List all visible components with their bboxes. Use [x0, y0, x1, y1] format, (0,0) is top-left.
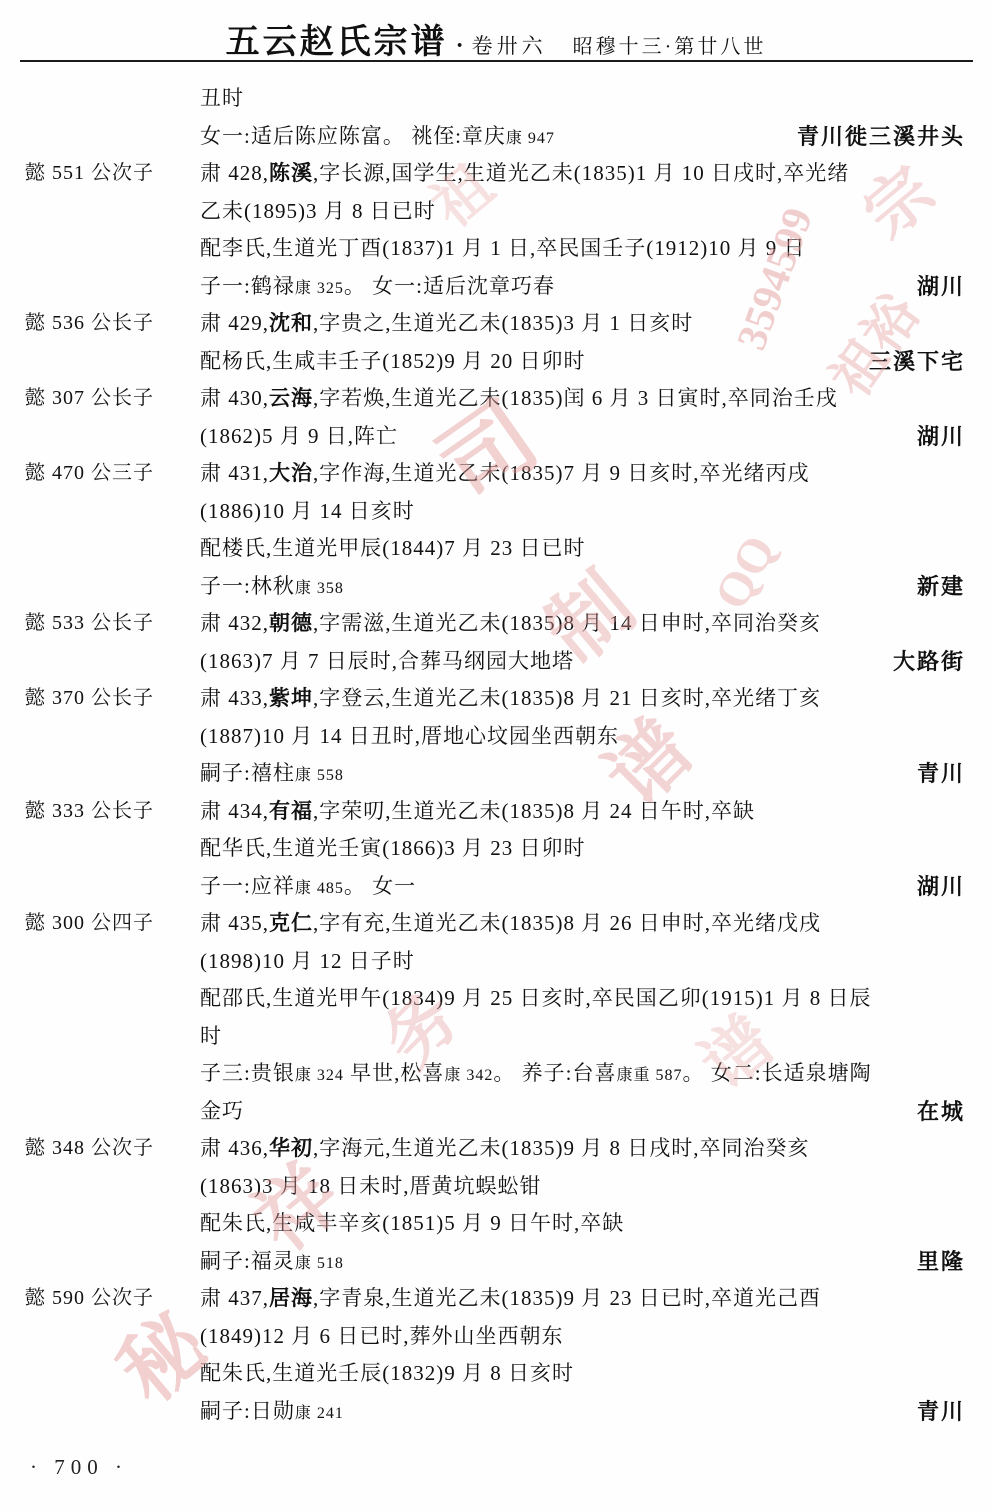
genealogy-row: 子一:应祥康 485。 女一 湖川 [0, 868, 992, 906]
row-main: 肃 428,陈溪,字长源,国学生,生道光乙未(1835)1 月 10 日戌时,卒… [200, 155, 849, 193]
row-label: 懿 348 公次子 [25, 1130, 154, 1168]
row-main: 子一:鹤禄康 325。 女一:适后沈章巧春 [200, 268, 555, 308]
row-right-place: 新建 [917, 568, 965, 606]
genealogy-row: 配邵氏,生道光甲午(1834)9 月 25 日亥时,卒民国乙卯(1915)1 月… [0, 980, 992, 1018]
genealogy-row: 懿 533 公长子 肃 432,朝德,字需滋,生道光乙未(1835)8 月 14… [0, 605, 992, 643]
row-main: 子一:林秋康 358 [200, 568, 344, 608]
row-right-place: 大路街 [893, 643, 965, 681]
genealogy-row: 子三:贵银康 324 早世,松喜康 342。 养子:台喜康重 587。 女二:长… [0, 1055, 992, 1093]
genealogy-row: (1863)7 月 7 日辰时,合葬马纲园大地塔 大路街 [0, 643, 992, 681]
row-label: 懿 536 公长子 [25, 305, 154, 343]
row-main: 配楼氏,生道光甲辰(1844)7 月 23 日已时 [200, 530, 586, 568]
genealogy-row: 懿 333 公长子 肃 434,有福,字荣叨,生道光乙未(1835)8 月 24… [0, 793, 992, 831]
row-main: 配朱氏,生咸丰辛亥(1851)5 月 9 日午时,卒缺 [200, 1205, 624, 1243]
genealogy-row: 配朱氏,生道光壬辰(1832)9 月 8 日亥时 [0, 1355, 992, 1393]
row-main: (1886)10 月 14 日亥时 [200, 493, 415, 531]
row-main: 肃 433,紫坤,字登云,生道光乙未(1835)8 月 21 日亥时,卒光绪丁亥 [200, 680, 821, 718]
row-main: 配李氏,生道光丁酉(1837)1 月 1 日,卒民国壬子(1912)10 月 9… [200, 230, 805, 268]
genealogy-row: 时 [0, 1018, 992, 1056]
row-main: 子一:应祥康 485。 女一 [200, 868, 416, 908]
genealogy-row: 嗣子:福灵康 518 里隆 [0, 1243, 992, 1281]
page-header: 五云赵氏宗谱·卷卅六昭穆十三·第廿八世 [0, 14, 992, 63]
row-label: 懿 333 公长子 [25, 793, 154, 831]
row-main: 肃 434,有福,字荣叨,生道光乙未(1835)8 月 24 日午时,卒缺 [200, 793, 755, 831]
genealogy-row: 懿 370 公长子 肃 433,紫坤,字登云,生道光乙未(1835)8 月 21… [0, 680, 992, 718]
row-main: (1898)10 月 12 日子时 [200, 943, 415, 981]
genealogy-row: 子一:鹤禄康 325。 女一:适后沈章巧春 湖川 [0, 268, 992, 306]
row-right-place: 里隆 [917, 1243, 965, 1281]
genealogy-row: 女一:适后陈应陈富。 祧侄:章庆康 947 青川徙三溪井头 [0, 118, 992, 156]
genealogy-row: 嗣子:禧柱康 558 青川 [0, 755, 992, 793]
row-main: (1887)10 月 14 日丑时,厝地心坟园坐西朝东 [200, 718, 619, 756]
page-number: · 700 · [30, 1455, 128, 1480]
row-label: 懿 300 公四子 [25, 905, 154, 943]
genealogy-row: 懿 470 公三子 肃 431,大治,字作海,生道光乙未(1835)7 月 9 … [0, 455, 992, 493]
row-main: 肃 431,大治,字作海,生道光乙未(1835)7 月 9 日亥时,卒光绪丙戌 [200, 455, 810, 493]
genealogy-row: (1849)12 月 6 日已时,葬外山坐西朝东 [0, 1318, 992, 1356]
row-main: 子三:贵银康 324 早世,松喜康 342。 养子:台喜康重 587。 女二:长… [200, 1055, 872, 1095]
genealogy-row: 配朱氏,生咸丰辛亥(1851)5 月 9 日午时,卒缺 [0, 1205, 992, 1243]
genealogy-row: 嗣子:日勋康 241 青川 [0, 1393, 992, 1431]
row-main: 肃 429,沈和,字贵之,生道光乙未(1835)3 月 1 日亥时 [200, 305, 693, 343]
row-label: 懿 590 公次子 [25, 1280, 154, 1318]
row-right-place: 湖川 [917, 868, 965, 906]
genealogy-row: 懿 590 公次子 肃 437,居海,字青泉,生道光乙未(1835)9 月 23… [0, 1280, 992, 1318]
genealogy-row: 金巧 在城 [0, 1093, 992, 1131]
genealogy-row: 配楼氏,生道光甲辰(1844)7 月 23 日已时 [0, 530, 992, 568]
row-main: 配华氏,生道光壬寅(1866)3 月 23 日卯时 [200, 830, 586, 868]
genealogy-row: 懿 348 公次子 肃 436,华初,字海元,生道光乙未(1835)9 月 8 … [0, 1130, 992, 1168]
genealogy-row: (1898)10 月 12 日子时 [0, 943, 992, 981]
book-title: 五云赵氏宗谱 [226, 24, 448, 61]
row-right-place: 三溪下宅 [869, 343, 965, 381]
row-main: (1849)12 月 6 日已时,葬外山坐西朝东 [200, 1318, 564, 1356]
genealogy-rows: 丑时 女一:适后陈应陈富。 祧侄:章庆康 947 青川徙三溪井头 懿 551 公… [0, 80, 992, 1430]
row-main: 肃 430,云海,字若焕,生道光乙未(1835)闰 6 月 3 日寅时,卒同治壬… [200, 380, 838, 418]
row-main: (1863)7 月 7 日辰时,合葬马纲园大地塔 [200, 643, 574, 681]
row-right-place: 青川徙三溪井头 [797, 118, 965, 156]
genealogy-row: 懿 300 公四子 肃 435,克仁,字有充,生道光乙未(1835)8 月 26… [0, 905, 992, 943]
row-main: 配杨氏,生咸丰壬子(1852)9 月 20 日卯时 [200, 343, 586, 381]
genealogy-page: 五云赵氏宗谱·卷卅六昭穆十三·第廿八世 祖司制谱QQ3594599宗祖裕务谱祥秘… [0, 0, 992, 1512]
row-right-place: 青川 [917, 755, 965, 793]
row-main: 配朱氏,生道光壬辰(1832)9 月 8 日亥时 [200, 1355, 574, 1393]
genealogy-row: 懿 551 公次子 肃 428,陈溪,字长源,国学生,生道光乙未(1835)1 … [0, 155, 992, 193]
row-label: 懿 307 公长子 [25, 380, 154, 418]
genealogy-row: 配华氏,生道光壬寅(1866)3 月 23 日卯时 [0, 830, 992, 868]
genealogy-row: 懿 307 公长子 肃 430,云海,字若焕,生道光乙未(1835)闰 6 月 … [0, 380, 992, 418]
volume-label: 卷卅六 [472, 34, 547, 58]
row-label: 懿 470 公三子 [25, 455, 154, 493]
genealogy-row: 乙未(1895)3 月 8 日已时 [0, 193, 992, 231]
genealogy-row: 丑时 [0, 80, 992, 118]
header-rule-line [20, 60, 973, 62]
row-main: 丑时 [200, 80, 244, 118]
row-main: 肃 435,克仁,字有充,生道光乙未(1835)8 月 26 日申时,卒光绪戊戌 [200, 905, 821, 943]
row-main: 肃 432,朝德,字需滋,生道光乙未(1835)8 月 14 日申时,卒同治癸亥 [200, 605, 821, 643]
row-main: 肃 437,居海,字青泉,生道光乙未(1835)9 月 23 日已时,卒道光己酉 [200, 1280, 821, 1318]
row-label: 懿 551 公次子 [25, 155, 154, 193]
section-label: 昭穆十三·第廿八世 [573, 36, 767, 58]
genealogy-row: (1887)10 月 14 日丑时,厝地心坟园坐西朝东 [0, 718, 992, 756]
genealogy-row: 配李氏,生道光丁酉(1837)1 月 1 日,卒民国壬子(1912)10 月 9… [0, 230, 992, 268]
row-main: 嗣子:日勋康 241 [200, 1393, 344, 1433]
row-main: 女一:适后陈应陈富。 祧侄:章庆康 947 [200, 118, 555, 158]
row-label: 懿 370 公长子 [25, 680, 154, 718]
genealogy-row: (1862)5 月 9 日,阵亡 湖川 [0, 418, 992, 456]
row-main: 嗣子:福灵康 518 [200, 1243, 344, 1283]
row-main: (1862)5 月 9 日,阵亡 [200, 418, 398, 456]
row-main: 嗣子:禧柱康 558 [200, 755, 344, 795]
row-right-place: 湖川 [917, 418, 965, 456]
row-main: 肃 436,华初,字海元,生道光乙未(1835)9 月 8 日戌时,卒同治癸亥 [200, 1130, 810, 1168]
row-main: 乙未(1895)3 月 8 日已时 [200, 193, 436, 231]
row-main: 配邵氏,生道光甲午(1834)9 月 25 日亥时,卒民国乙卯(1915)1 月… [200, 980, 871, 1018]
genealogy-row: 懿 536 公长子 肃 429,沈和,字贵之,生道光乙未(1835)3 月 1 … [0, 305, 992, 343]
row-main: 时 [200, 1018, 222, 1056]
row-main: (1863)3 月 18 日未时,厝黄坑蜈蚣钳 [200, 1168, 542, 1206]
row-right-place: 青川 [917, 1393, 965, 1431]
genealogy-row: 配杨氏,生咸丰壬子(1852)9 月 20 日卯时 三溪下宅 [0, 343, 992, 381]
row-right-place: 湖川 [917, 268, 965, 306]
row-label: 懿 533 公长子 [25, 605, 154, 643]
genealogy-row: 子一:林秋康 358 新建 [0, 568, 992, 606]
title-separator-dot: · [456, 33, 464, 59]
row-right-place: 在城 [917, 1093, 965, 1131]
genealogy-row: (1886)10 月 14 日亥时 [0, 493, 992, 531]
genealogy-row: (1863)3 月 18 日未时,厝黄坑蜈蚣钳 [0, 1168, 992, 1206]
row-main: 金巧 [200, 1093, 244, 1131]
